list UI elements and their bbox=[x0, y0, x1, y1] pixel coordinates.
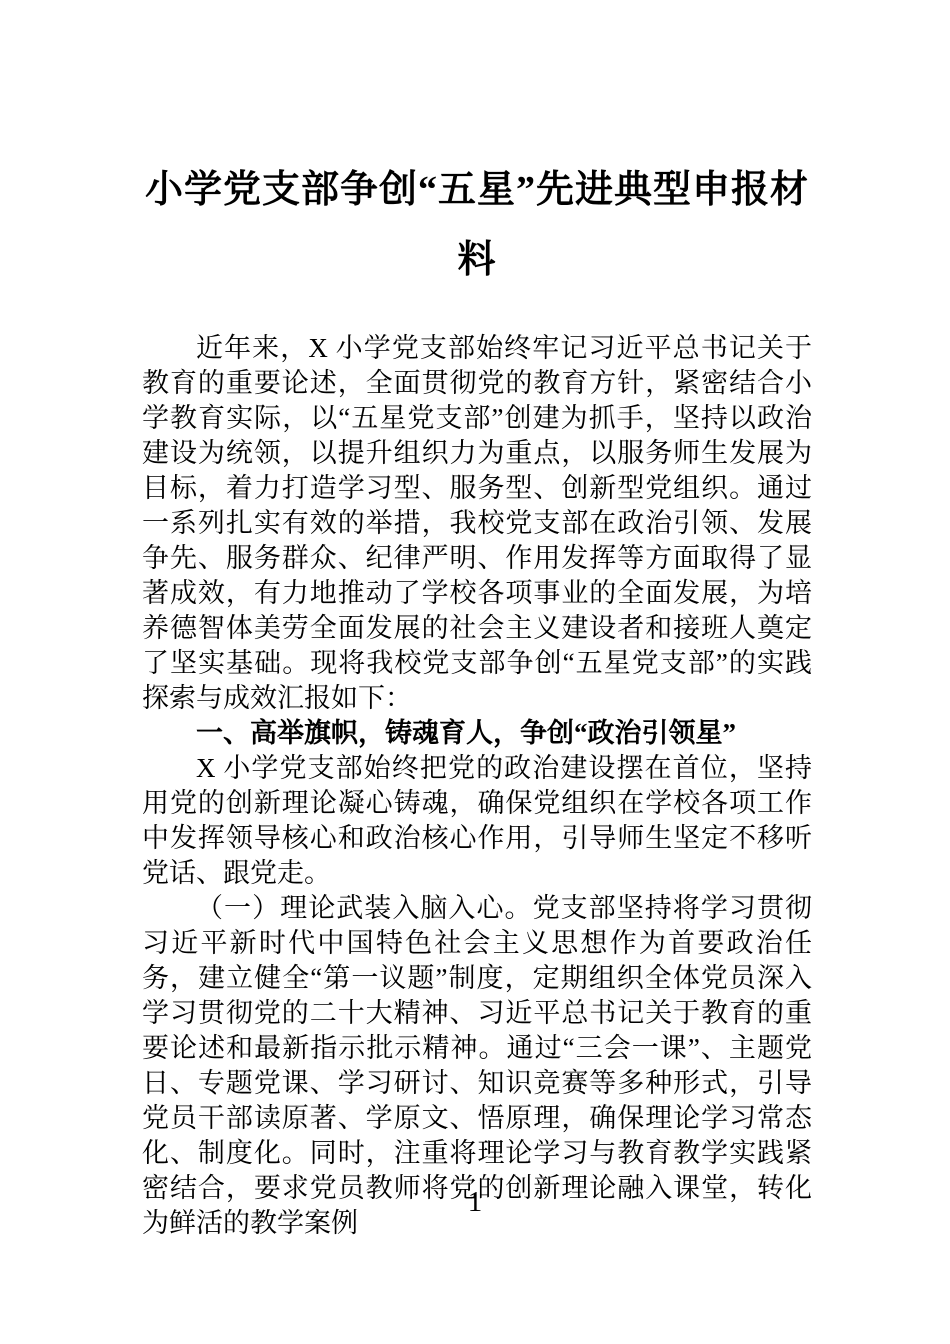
page-number: 1 bbox=[0, 1186, 950, 1218]
document-body: 近年来，X 小学党支部始终牢记习近平总书记关于教育的重要论述，全面贯彻党的教育方… bbox=[142, 331, 812, 1241]
document-title: 小学党支部争创“五星”先进典型申报材料 bbox=[142, 155, 812, 295]
document-content: 小学党支部争创“五星”先进典型申报材料 近年来，X 小学党支部始终牢记习近平总书… bbox=[142, 0, 812, 1241]
paragraph-section-1-overview: X 小学党支部始终把党的政治建设摆在首位，坚持用党的创新理论凝心铸魂，确保党组织… bbox=[142, 751, 812, 891]
section-heading-1: 一、高举旗帜，铸魂育人，争创“政治引领星” bbox=[142, 716, 812, 751]
document-page: 小学党支部争创“五星”先进典型申报材料 近年来，X 小学党支部始终牢记习近平总书… bbox=[0, 0, 950, 1344]
paragraph-intro: 近年来，X 小学党支部始终牢记习近平总书记关于教育的重要论述，全面贯彻党的教育方… bbox=[142, 331, 812, 716]
